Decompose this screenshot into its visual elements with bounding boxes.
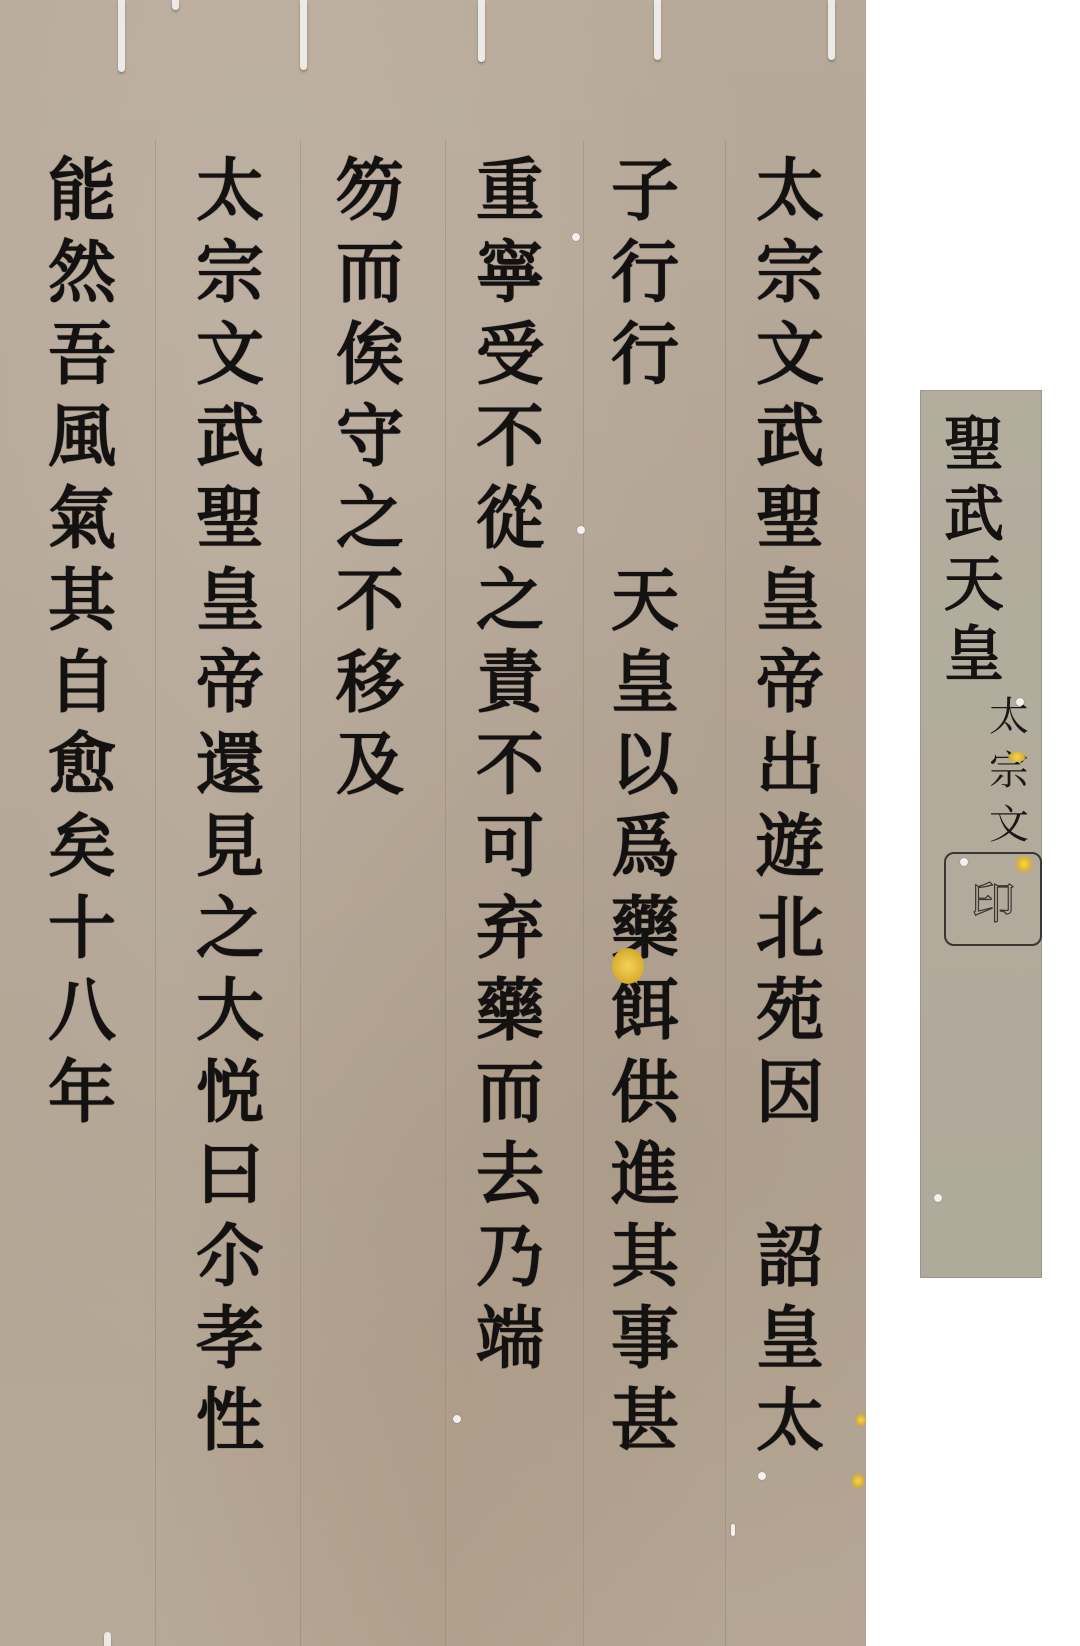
character: 事 bbox=[595, 1298, 695, 1380]
character: 文 bbox=[740, 314, 840, 396]
character: 宗 bbox=[740, 232, 840, 314]
character: 移 bbox=[320, 642, 420, 724]
character: 責 bbox=[460, 642, 560, 724]
character: 宗 bbox=[180, 232, 280, 314]
character: 守 bbox=[320, 396, 420, 478]
character: 吾 bbox=[32, 314, 132, 396]
character: 乃 bbox=[460, 1216, 560, 1298]
character: 其 bbox=[32, 560, 132, 642]
character: 皇 bbox=[180, 560, 280, 642]
character: 而 bbox=[320, 232, 420, 314]
character: 不 bbox=[460, 724, 560, 806]
character-space bbox=[595, 396, 695, 478]
character: 聖 bbox=[740, 478, 840, 560]
pinhole bbox=[758, 1472, 766, 1480]
gold-leaf-speck bbox=[856, 1414, 866, 1426]
character: 悦 bbox=[180, 1052, 280, 1134]
binding-thread bbox=[828, 0, 835, 60]
binding-thread bbox=[118, 0, 125, 72]
label-main-text: 聖 武 天 皇 bbox=[938, 410, 1010, 690]
gold-leaf-speck bbox=[1008, 752, 1026, 762]
character: 爲 bbox=[595, 806, 695, 888]
character: 曰 bbox=[180, 1134, 280, 1216]
character: 太 bbox=[740, 1380, 840, 1462]
character: 行 bbox=[595, 314, 695, 396]
character: 之 bbox=[460, 560, 560, 642]
character: 俟 bbox=[320, 314, 420, 396]
character: 年 bbox=[32, 1052, 132, 1134]
title-label-strip: 聖 武 天 皇 太 宗 文 印 bbox=[920, 390, 1042, 1278]
label-character: 聖 bbox=[944, 410, 1004, 480]
character: 文 bbox=[180, 314, 280, 396]
character: 苑 bbox=[740, 970, 840, 1052]
pinhole bbox=[577, 526, 585, 534]
character: 武 bbox=[180, 396, 280, 478]
character: 甚 bbox=[595, 1380, 695, 1462]
gold-leaf-patch bbox=[612, 948, 644, 984]
character-space bbox=[595, 478, 695, 560]
character: 詔 bbox=[740, 1216, 840, 1298]
label-character: 武 bbox=[944, 480, 1004, 550]
character: 帝 bbox=[740, 642, 840, 724]
character: 以 bbox=[595, 724, 695, 806]
label-character: 皇 bbox=[944, 620, 1004, 690]
character: 見 bbox=[180, 806, 280, 888]
pinhole bbox=[572, 233, 580, 241]
character: 能 bbox=[32, 150, 132, 232]
text-column-3: 重 寧 受 不 從 之 責 不 可 弃 藥 而 去 乃 端 bbox=[440, 150, 580, 1380]
character: 孝 bbox=[180, 1298, 280, 1380]
character: 矣 bbox=[32, 806, 132, 888]
character: 可 bbox=[460, 806, 560, 888]
character: 自 bbox=[32, 642, 132, 724]
column-rule bbox=[155, 140, 156, 1646]
text-column-2: 子 行 行 天 皇 以 爲 藥 餌 供 進 其 事 甚 bbox=[575, 150, 715, 1462]
character: 皇 bbox=[740, 560, 840, 642]
gold-leaf-speck bbox=[852, 1474, 864, 1488]
binding-thread bbox=[654, 0, 661, 60]
pinhole bbox=[934, 1194, 942, 1202]
character: 皇 bbox=[595, 642, 695, 724]
binding-thread bbox=[300, 0, 307, 70]
character: 天 bbox=[595, 560, 695, 642]
character: 不 bbox=[320, 560, 420, 642]
character: 及 bbox=[320, 724, 420, 806]
manuscript-sheet: 太 宗 文 武 聖 皇 帝 出 遊 北 苑 因 詔 皇 太 子 行 行 天 皇 … bbox=[0, 0, 866, 1646]
character: 八 bbox=[32, 970, 132, 1052]
character: 藥 bbox=[595, 888, 695, 970]
label-character: 文 bbox=[989, 798, 1029, 852]
character: 尒 bbox=[180, 1216, 280, 1298]
character: 遊 bbox=[740, 806, 840, 888]
character: 出 bbox=[740, 724, 840, 806]
character: 其 bbox=[595, 1216, 695, 1298]
character: 氣 bbox=[32, 478, 132, 560]
character: 太 bbox=[740, 150, 840, 232]
character: 皇 bbox=[740, 1298, 840, 1380]
character: 十 bbox=[32, 888, 132, 970]
character: 愈 bbox=[32, 724, 132, 806]
pinhole bbox=[960, 858, 968, 866]
binding-thread bbox=[478, 0, 485, 62]
character: 寧 bbox=[460, 232, 560, 314]
character: 因 bbox=[740, 1052, 840, 1134]
character: 笏 bbox=[320, 150, 420, 232]
label-character: 宗 bbox=[989, 744, 1029, 798]
character: 弃 bbox=[460, 888, 560, 970]
pinhole bbox=[731, 1524, 735, 1536]
character: 重 bbox=[460, 150, 560, 232]
character: 不 bbox=[460, 396, 560, 478]
binding-thread bbox=[104, 1632, 111, 1646]
character: 供 bbox=[595, 1052, 695, 1134]
character: 而 bbox=[460, 1052, 560, 1134]
character: 餌 bbox=[595, 970, 695, 1052]
character: 端 bbox=[460, 1298, 560, 1380]
character-space bbox=[740, 1134, 840, 1216]
character: 太 bbox=[180, 150, 280, 232]
character: 行 bbox=[595, 232, 695, 314]
gold-leaf-speck bbox=[1016, 856, 1032, 872]
character: 然 bbox=[32, 232, 132, 314]
character: 之 bbox=[320, 478, 420, 560]
character: 武 bbox=[740, 396, 840, 478]
text-column-6: 能 然 吾 風 氣 其 自 愈 矣 十 八 年 bbox=[12, 150, 152, 1134]
character: 子 bbox=[595, 150, 695, 232]
character: 藥 bbox=[460, 970, 560, 1052]
character: 去 bbox=[460, 1134, 560, 1216]
label-sub-text: 太 宗 文 bbox=[984, 690, 1034, 852]
character: 之 bbox=[180, 888, 280, 970]
pinhole bbox=[1016, 698, 1024, 706]
character: 北 bbox=[740, 888, 840, 970]
label-character: 天 bbox=[944, 550, 1004, 620]
text-column-4: 笏 而 俟 守 之 不 移 及 bbox=[300, 150, 440, 806]
character: 從 bbox=[460, 478, 560, 560]
character: 受 bbox=[460, 314, 560, 396]
character: 風 bbox=[32, 396, 132, 478]
pinhole bbox=[453, 1415, 461, 1423]
binding-thread bbox=[172, 0, 179, 10]
character: 帝 bbox=[180, 642, 280, 724]
character: 進 bbox=[595, 1134, 695, 1216]
text-column-1: 太 宗 文 武 聖 皇 帝 出 遊 北 苑 因 詔 皇 太 bbox=[720, 150, 860, 1462]
character: 性 bbox=[180, 1380, 280, 1462]
character: 大 bbox=[180, 970, 280, 1052]
text-column-5: 太 宗 文 武 聖 皇 帝 還 見 之 大 悦 曰 尒 孝 性 bbox=[160, 150, 300, 1462]
character: 聖 bbox=[180, 478, 280, 560]
character: 還 bbox=[180, 724, 280, 806]
label-character: 太 bbox=[989, 690, 1029, 744]
